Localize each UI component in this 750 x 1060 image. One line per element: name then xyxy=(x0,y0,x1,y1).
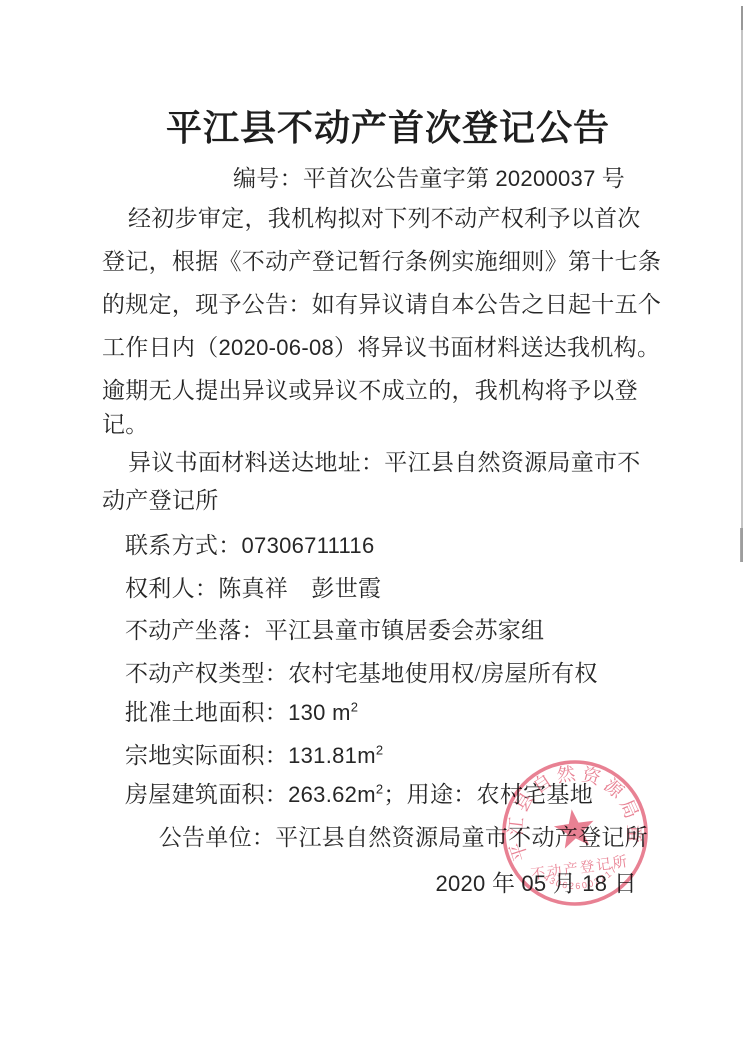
rights-holder-line: 权利人：陈真祥 彭世霞 xyxy=(125,573,381,605)
doc-number-line: 编号：平首次公告童字第 20200037 号 xyxy=(233,163,625,195)
intro-line-4: 工作日内（2020-06-08）将异议书面材料送达我机构。 xyxy=(102,332,660,364)
seal-star-icon xyxy=(552,806,597,849)
property-location-line: 不动产坐落：平江县童市镇居委会苏家组 xyxy=(125,615,544,647)
scan-edge-artifact-tick xyxy=(740,528,743,562)
intro-line-3: 的规定，现予公告：如有异议请自本公告之日起十五个 xyxy=(102,289,661,321)
right-type-line: 不动产权类型：农村宅基地使用权/房屋所有权 xyxy=(125,658,598,690)
intro-line-6: 记。 xyxy=(102,409,149,441)
approved-land-area-line: 批准土地面积：130 m2 xyxy=(125,697,358,729)
page-title: 平江县不动产首次登记公告 xyxy=(0,100,750,151)
intro-line-1: 经初步审定，我机构拟对下列不动产权利予以首次 xyxy=(128,203,641,235)
scanned-announcement-document: 平江县不动产首次登记公告 编号：平首次公告童字第 20200037 号 经初步审… xyxy=(0,0,750,1060)
scan-edge-artifact xyxy=(741,6,743,562)
objection-address-line-2: 动产登记所 xyxy=(102,485,219,517)
objection-address-line-1: 异议书面材料送达地址：平江县自然资源局童市不 xyxy=(128,447,641,479)
scan-edge-artifact-dark xyxy=(741,6,743,30)
intro-line-2: 登记，根据《不动产登记暂行条例实施细则》第十七条 xyxy=(102,246,661,278)
contact-line: 联系方式：07306711116 xyxy=(125,530,375,562)
official-seal: 平江县自然资源局童市 不动产登记所 4306260022171 xyxy=(495,753,655,913)
parcel-actual-area-line: 宗地实际面积：131.81m2 xyxy=(125,740,383,772)
intro-line-5: 逾期无人提出异议或异议不成立的，我机构将予以登 xyxy=(102,375,638,407)
